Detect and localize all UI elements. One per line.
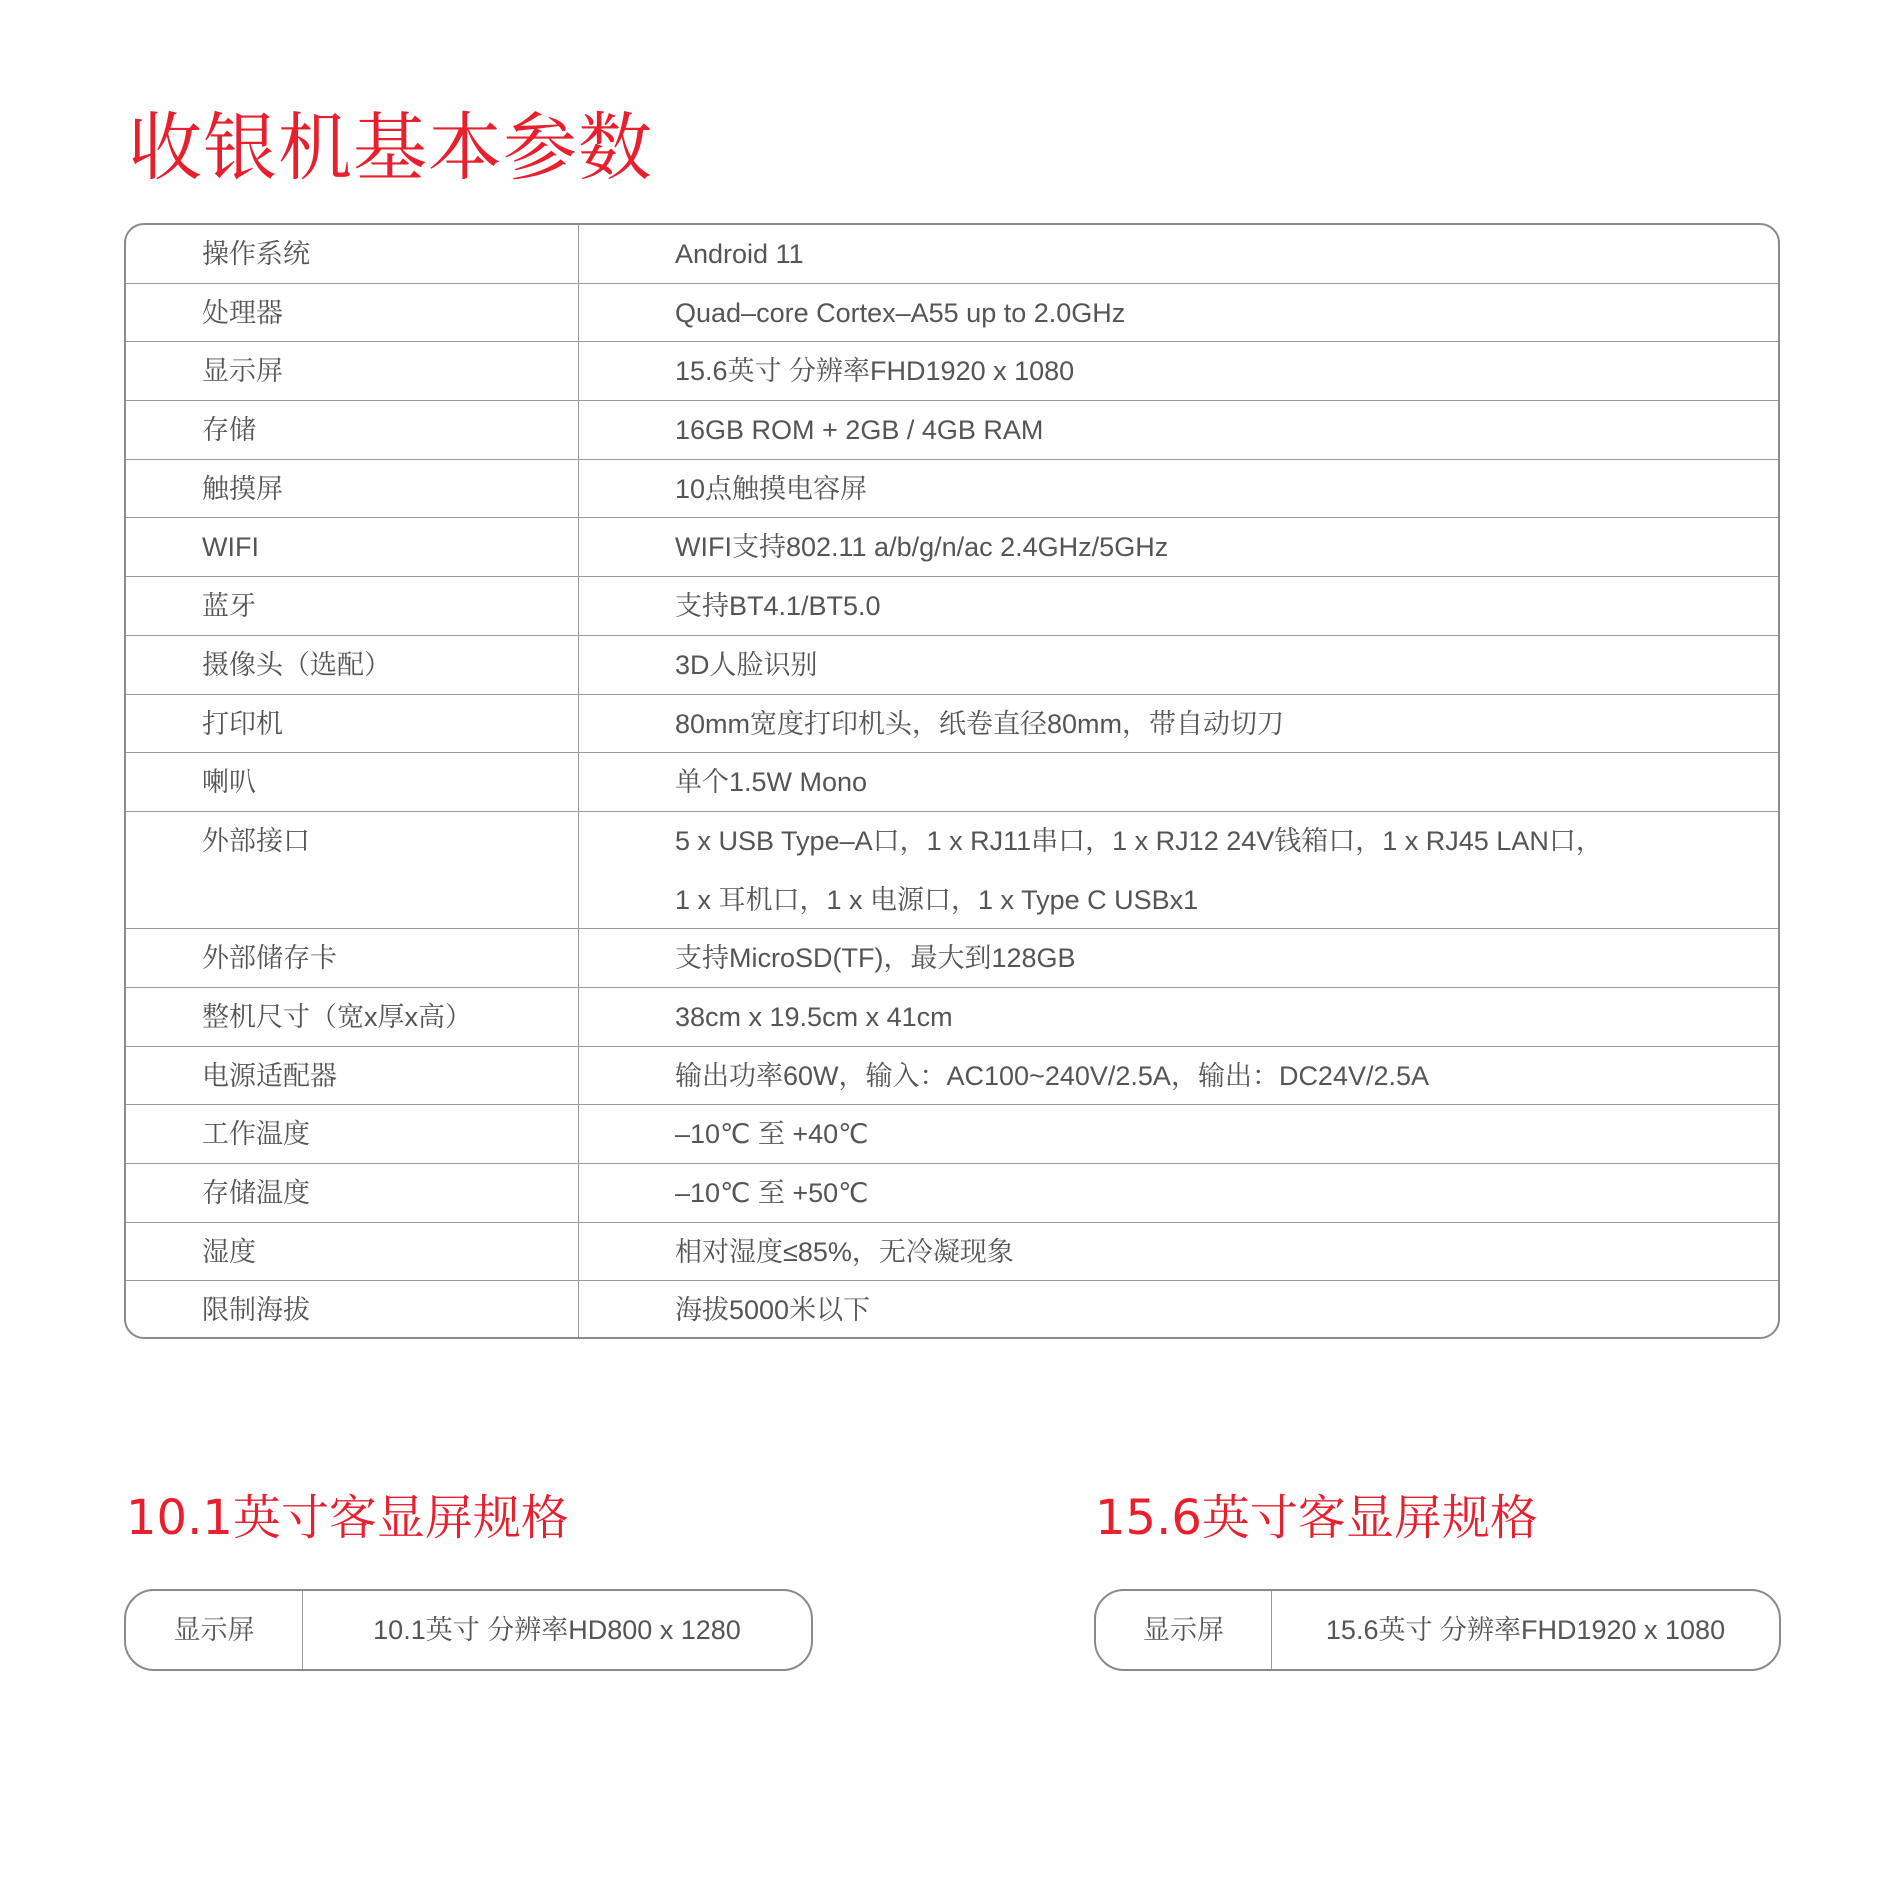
spec-value: 支持BT4.1/BT5.0: [579, 577, 1778, 635]
spec-label: 打印机: [126, 695, 579, 753]
table-row: 湿度 相对湿度≤85%，无冷凝现象: [126, 1223, 1778, 1282]
customer-display-15-spec: 显示屏 15.6英寸 分辨率FHD1920 x 1080: [1094, 1589, 1781, 1671]
spec-value: –10℃ 至 +50℃: [579, 1164, 1778, 1222]
spec-label: 显示屏: [126, 342, 579, 400]
table-row: 工作温度 –10℃ 至 +40℃: [126, 1105, 1778, 1164]
table-row: 操作系统 Android 11: [126, 225, 1778, 284]
spec-value: 单个1.5W Mono: [579, 753, 1778, 811]
spec-value: WIFI支持802.11 a/b/g/n/ac 2.4GHz/5GHz: [579, 518, 1778, 576]
spec-value-line: 1 x 耳机口，1 x 电源口，1 x Type C USBx1: [675, 871, 1778, 930]
spec-value: Android 11: [579, 225, 1778, 283]
spec-label: 触摸屏: [126, 460, 579, 518]
spec-value: 15.6英寸 分辨率FHD1920 x 1080: [579, 342, 1778, 400]
spec-label: 存储: [126, 401, 579, 459]
spec-value: 80mm宽度打印机头，纸卷直径80mm，带自动切刀: [579, 695, 1778, 753]
spec-label: 外部储存卡: [126, 929, 579, 987]
spec-value: –10℃ 至 +40℃: [579, 1105, 1778, 1163]
table-row: 喇叭 单个1.5W Mono: [126, 753, 1778, 812]
spec-value: 海拔5000米以下: [579, 1281, 1778, 1339]
spec-value: 5 x USB Type–A口，1 x RJ11串口，1 x RJ12 24V钱…: [579, 812, 1778, 928]
spec-value: 支持MicroSD(TF)，最大到128GB: [579, 929, 1778, 987]
spec-label: 湿度: [126, 1223, 579, 1281]
spec-value: 15.6英寸 分辨率FHD1920 x 1080: [1272, 1591, 1779, 1669]
table-row: 存储 16GB ROM + 2GB / 4GB RAM: [126, 401, 1778, 460]
spec-label: 工作温度: [126, 1105, 579, 1163]
table-row: 外部储存卡 支持MicroSD(TF)，最大到128GB: [126, 929, 1778, 988]
table-row: 电源适配器 输出功率60W，输入：AC100~240V/2.5A，输出：DC24…: [126, 1047, 1778, 1106]
table-row: WIFI WIFI支持802.11 a/b/g/n/ac 2.4GHz/5GHz: [126, 518, 1778, 577]
spec-value: 输出功率60W，输入：AC100~240V/2.5A，输出：DC24V/2.5A: [579, 1047, 1778, 1105]
spec-label: 整机尺寸（宽x厚x高）: [126, 988, 579, 1046]
table-row: 外部接口 5 x USB Type–A口，1 x RJ11串口，1 x RJ12…: [126, 812, 1778, 929]
page-title: 收银机基本参数: [128, 98, 653, 198]
spec-label: WIFI: [126, 518, 579, 576]
spec-label: 存储温度: [126, 1164, 579, 1222]
spec-value-line: 5 x USB Type–A口，1 x RJ11串口，1 x RJ12 24V钱…: [675, 812, 1778, 871]
customer-display-10-title: 10.1英寸客显屏规格: [126, 1478, 569, 1558]
spec-value: Quad–core Cortex–A55 up to 2.0GHz: [579, 284, 1778, 342]
spec-label: 处理器: [126, 284, 579, 342]
spec-value: 16GB ROM + 2GB / 4GB RAM: [579, 401, 1778, 459]
spec-label: 电源适配器: [126, 1047, 579, 1105]
spec-value: 相对湿度≤85%，无冷凝现象: [579, 1223, 1778, 1281]
table-row: 处理器 Quad–core Cortex–A55 up to 2.0GHz: [126, 284, 1778, 343]
customer-display-15-title: 15.6英寸客显屏规格: [1095, 1478, 1538, 1558]
spec-label: 显示屏: [126, 1591, 303, 1669]
table-row: 蓝牙 支持BT4.1/BT5.0: [126, 577, 1778, 636]
spec-label: 显示屏: [1096, 1591, 1272, 1669]
spec-value: 10点触摸电容屏: [579, 460, 1778, 518]
spec-value: 10.1英寸 分辨率HD800 x 1280: [303, 1591, 811, 1669]
spec-label: 蓝牙: [126, 577, 579, 635]
table-row: 限制海拔 海拔5000米以下: [126, 1281, 1778, 1339]
table-row: 整机尺寸（宽x厚x高） 38cm x 19.5cm x 41cm: [126, 988, 1778, 1047]
table-row: 触摸屏 10点触摸电容屏: [126, 460, 1778, 519]
spec-label: 喇叭: [126, 753, 579, 811]
spec-label: 限制海拔: [126, 1281, 579, 1339]
table-row: 存储温度 –10℃ 至 +50℃: [126, 1164, 1778, 1223]
spec-label: 外部接口: [126, 812, 579, 928]
spec-value: 38cm x 19.5cm x 41cm: [579, 988, 1778, 1046]
spec-label: 操作系统: [126, 225, 579, 283]
spec-label: 摄像头（选配）: [126, 636, 579, 694]
customer-display-10-spec: 显示屏 10.1英寸 分辨率HD800 x 1280: [124, 1589, 813, 1671]
table-row: 显示屏 15.6英寸 分辨率FHD1920 x 1080: [126, 342, 1778, 401]
table-row: 摄像头（选配） 3D人脸识别: [126, 636, 1778, 695]
spec-value: 3D人脸识别: [579, 636, 1778, 694]
table-row: 打印机 80mm宽度打印机头，纸卷直径80mm，带自动切刀: [126, 695, 1778, 754]
spec-table: 操作系统 Android 11 处理器 Quad–core Cortex–A55…: [124, 223, 1780, 1339]
